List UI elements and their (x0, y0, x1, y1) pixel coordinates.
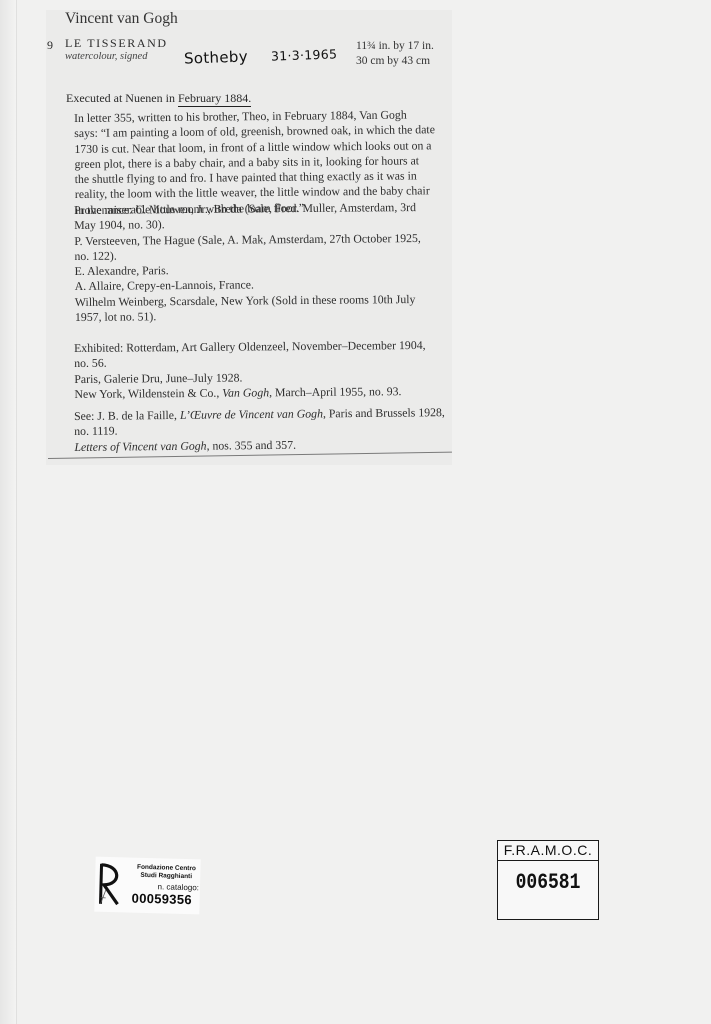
framoc-number: 006581 (498, 871, 598, 896)
framoc-stamp: F.R.A.M.O.C. 006581 (497, 840, 599, 920)
executed-prefix: Executed at Nuenen in (66, 91, 178, 105)
executed-date: February 1884. (178, 91, 251, 107)
references-section: See: J. B. de la Faille, L’Œuvre de Vinc… (74, 405, 446, 455)
org-line: Studi Ragghianti (133, 872, 199, 882)
ragghianti-logo-icon (97, 862, 122, 907)
artist-name: Vincent van Gogh (65, 10, 178, 28)
artwork-title: LE TISSERAND (65, 36, 168, 51)
exhibited-venue: New York, Wildenstein & Co., (74, 386, 222, 401)
exhibited-line: New York, Wildenstein & Co., Van Gogh, M… (74, 384, 446, 403)
reference-author: See: J. B. de la Faille, (74, 408, 180, 423)
handwritten-auction-house: Sotheby (184, 47, 248, 67)
page-edge (0, 0, 17, 1024)
provenance-line: P. Versteeven, The Hague (Sale, A. Mak, … (74, 230, 446, 249)
reference-publication: , Paris and Brussels 1928, (323, 405, 445, 420)
letters-title: Letters of Vincent van Gogh (74, 438, 206, 453)
artwork-dimensions: 11¾ in. by 17 in. 30 cm by 43 cm (356, 39, 434, 69)
letters-numbers: , nos. 355 and 357. (206, 437, 296, 452)
ragghianti-org-name: Fondazione Centro Studi Ragghianti (133, 864, 199, 882)
dimensions-imperial: 11¾ in. by 17 in. (356, 39, 434, 54)
dimensions-metric: 30 cm by 43 cm (356, 54, 434, 69)
lot-number: 9 (47, 38, 53, 53)
exhibited-section: Exhibited: Rotterdam, Art Gallery Oldenz… (74, 338, 447, 402)
handwritten-date: 31·3·1965 (271, 46, 338, 63)
reference-title: L’Œuvre de Vincent van Gogh (180, 406, 323, 421)
artwork-medium: watercolour, signed (65, 51, 147, 62)
provenance-line: 1957, lot no. 51). (75, 307, 447, 326)
ragghianti-catalog-label: Fondazione Centro Studi Ragghianti n. ca… (94, 857, 200, 915)
exhibited-dates: , March–April 1955, no. 93. (269, 384, 401, 399)
provenance-section: Provenance: C. Mouwen, Jr., Breda (Sale,… (74, 200, 447, 326)
executed-note: Executed at Nuenen in February 1884. (66, 91, 251, 106)
catalog-number: 00059356 (131, 891, 192, 908)
exhibition-title: Van Gogh (222, 385, 269, 399)
framoc-header: F.R.A.M.O.C. (498, 841, 598, 861)
